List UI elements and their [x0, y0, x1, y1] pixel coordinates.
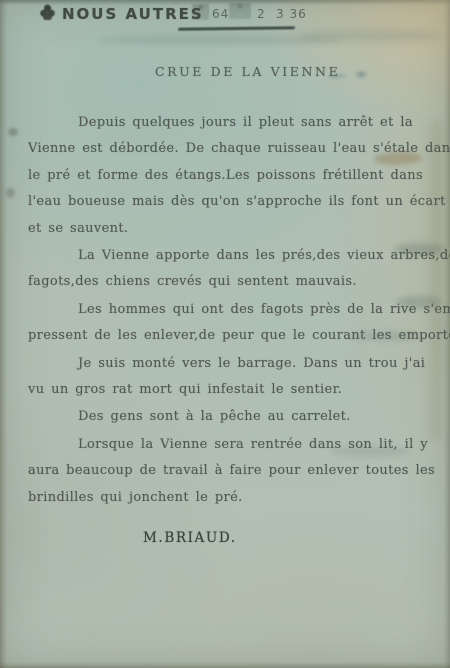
- text-line: fagots,des chiens crevés qui sentent mau…: [28, 274, 357, 289]
- text-line: Depuis quelques jours il pleut sans arrê…: [78, 115, 413, 130]
- text-line: vu un gros rat mort qui infestait le sen…: [28, 382, 342, 397]
- signature: M.BRIAUD.: [143, 530, 237, 546]
- text-line: pressent de les enlever,de peur que le c…: [28, 328, 450, 343]
- paragraph: Lorsque la Vienne sera rentrée dans son …: [28, 432, 430, 511]
- stamp-number: 2: [257, 7, 266, 21]
- paragraph: Depuis quelques jours il pleut sans arrê…: [28, 110, 430, 242]
- text-line: Vienne est débordée. De chaque ruisseau …: [28, 141, 450, 156]
- crest-stamp-icon: [40, 3, 55, 20]
- postmark-stamp-icon: [229, 3, 251, 19]
- text-line: La Vienne apporte dans les prés,des vieu…: [78, 248, 450, 263]
- text-line: Les hommes qui ont des fagots près de la…: [78, 302, 450, 317]
- text-line: brindilles qui jonchent le pré.: [28, 490, 243, 505]
- ink-speck: [6, 188, 15, 198]
- paragraph: Des gens sont à la pêche au carrelet.: [28, 404, 430, 430]
- masthead-title: NOUS AUTRES: [62, 5, 204, 23]
- text-line: l'eau boueuse mais dès qu'on s'approche …: [28, 194, 446, 209]
- paragraph: Je suis monté vers le barrage. Dans un t…: [28, 351, 430, 404]
- stamp-number: 64: [212, 7, 229, 21]
- ink-ghost-smudge: [318, 67, 372, 83]
- text-line: Lorsque la Vienne sera rentrée dans son …: [78, 437, 428, 452]
- postmark-stamp-icon: [192, 4, 209, 20]
- text-line: Des gens sont à la pêche au carrelet.: [78, 409, 351, 424]
- body-text: Depuis quelques jours il pleut sans arrê…: [28, 110, 430, 512]
- stamp-number: 3 36: [276, 7, 307, 21]
- paragraph: La Vienne apporte dans les prés,des vieu…: [28, 243, 430, 296]
- text-line: le pré et forme des étangs.Les poissons …: [28, 168, 423, 183]
- paragraph: Les hommes qui ont des fagots près de la…: [28, 297, 430, 350]
- ink-speck: [8, 128, 18, 136]
- text-line: aura beaucoup de travail à faire pour en…: [28, 463, 435, 478]
- text-line: et se sauvent.: [28, 221, 128, 236]
- paper-crease-shadow: [430, 120, 442, 440]
- ink-ghost-band: [298, 29, 443, 42]
- document-page: NOUS AUTRES 64 2 3 36 CRUE DE LA VIENNE …: [0, 0, 450, 668]
- document-title: CRUE DE LA VIENNE: [155, 64, 340, 79]
- ink-smudge-line: [178, 26, 295, 30]
- text-line: Je suis monté vers le barrage. Dans un t…: [78, 356, 425, 371]
